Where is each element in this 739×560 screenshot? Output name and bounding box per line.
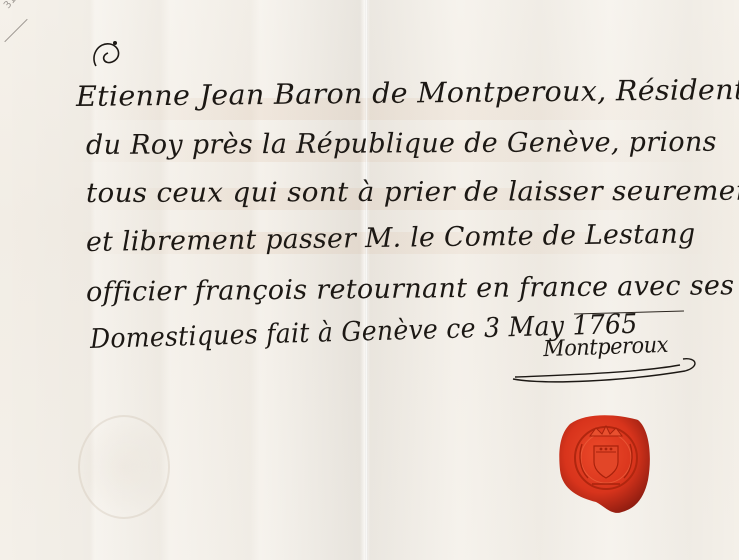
letter-line-2: du Roy près la République de Genève, pri… — [86, 127, 717, 161]
document-page: 313 Etienne Jean Baron de Montperoux, Ré… — [0, 0, 739, 560]
signature-paraph-icon — [505, 345, 700, 385]
initial-flourish-icon — [88, 36, 128, 76]
letter-line-5: officier françois retournant en france a… — [86, 270, 735, 308]
wax-seal-icon — [556, 410, 653, 515]
corner-annotation: 313 — [2, 0, 23, 11]
corner-pencil-stroke — [4, 19, 27, 42]
paper-watermark — [78, 415, 170, 519]
letter-line-3: tous ceux qui sont à prier de laisser se… — [86, 176, 739, 209]
letter-line-1: Etienne Jean Baron de Montperoux, Réside… — [76, 73, 739, 113]
